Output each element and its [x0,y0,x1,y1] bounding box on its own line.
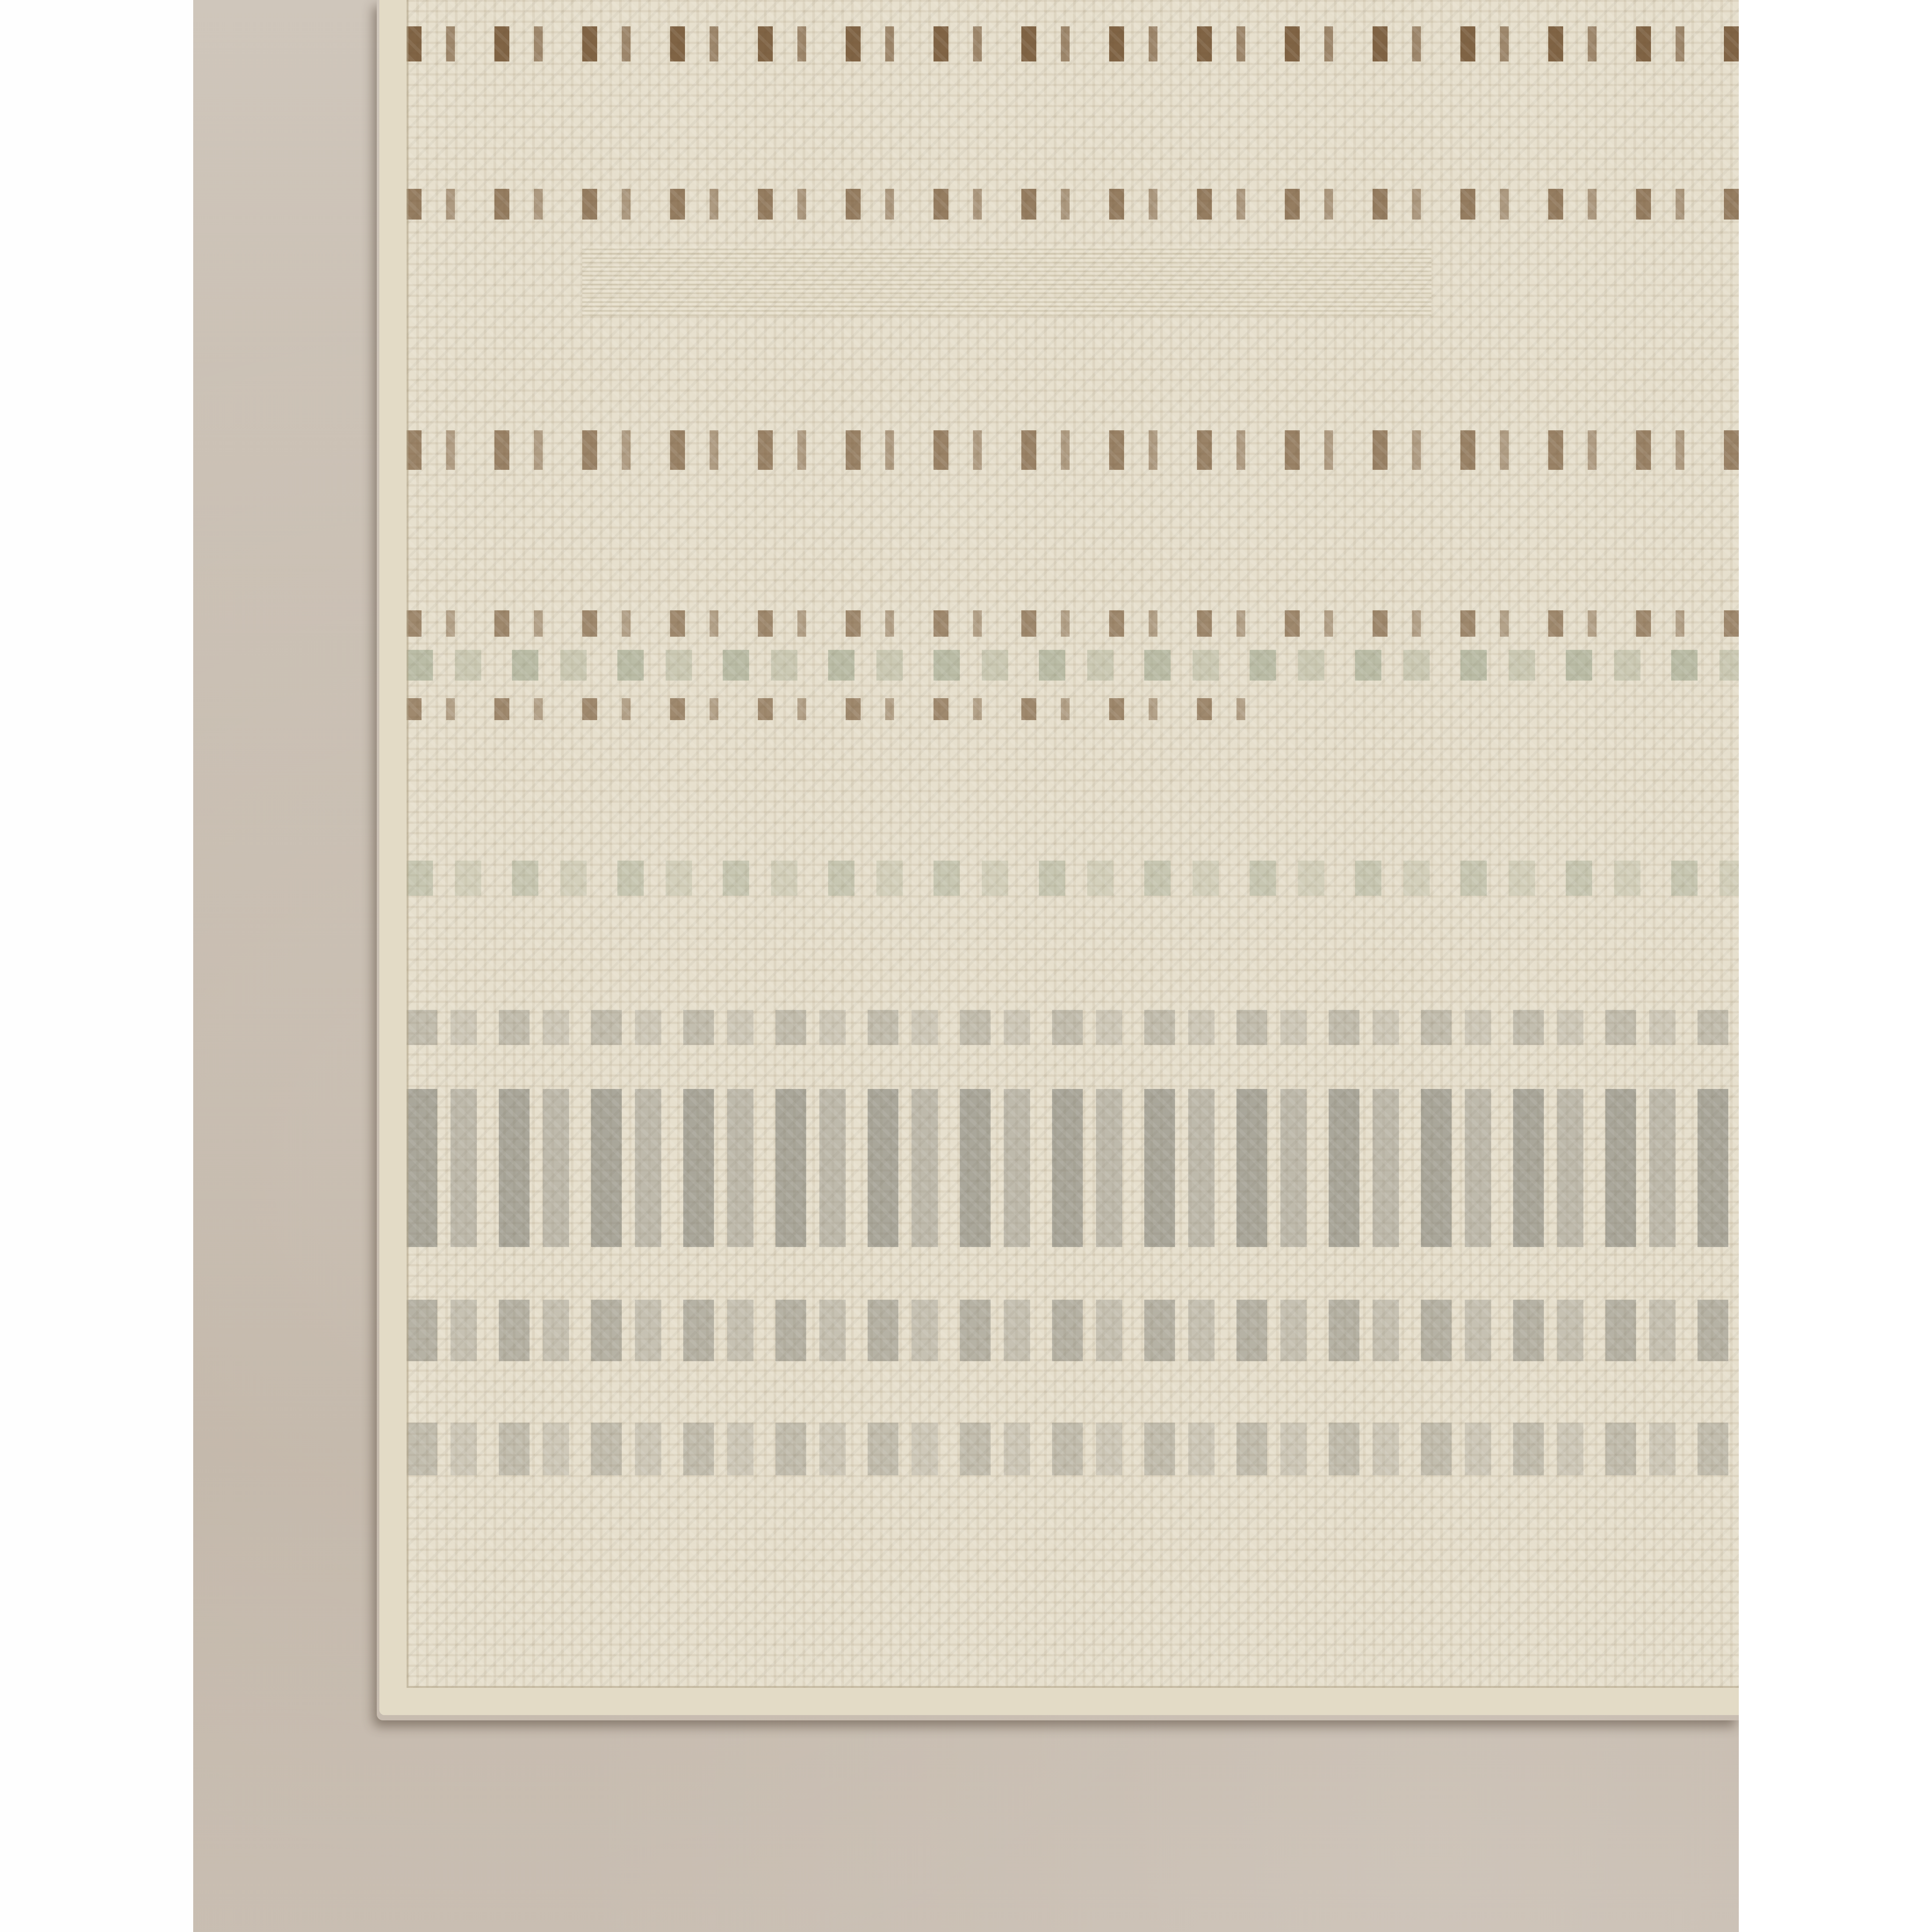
rug-binding-edge [379,0,1739,1715]
rug [379,0,1739,1715]
right-white-margin [1739,0,1932,1932]
left-white-margin [0,0,193,1932]
